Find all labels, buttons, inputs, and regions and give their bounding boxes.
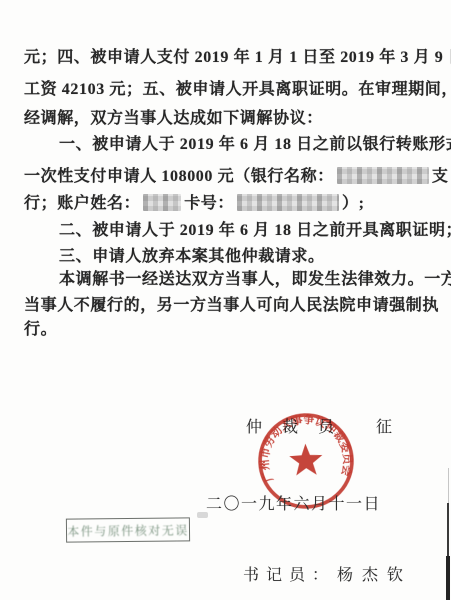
seal-star-icon <box>289 443 323 476</box>
scan-smudge <box>197 512 208 518</box>
closing-line-1: 本调解书一经送达双方当事人，即发生法律效力。一方 <box>59 266 451 289</box>
clause-1-line-2-text: 一次性支付申请人 108000 元（银行名称： <box>24 168 334 185</box>
verification-stamp-text: 本件与原件核对无误 <box>67 521 189 539</box>
scan-edge-artifact-bottom <box>446 556 450 600</box>
redacted-card-number <box>237 194 339 211</box>
scan-edge-artifact-dark <box>447 503 449 558</box>
decision-date: 二〇一九年六月十一日 <box>206 491 381 514</box>
clause-1-line-2-suffix: 支 <box>432 168 449 185</box>
clause-3-line: 三、申请人放弃本案其他仲裁请求。 <box>59 243 325 266</box>
clause-2-line: 二、被申请人于 2019 年 6 月 18 日之前开具离职证明； <box>59 217 451 240</box>
clause-1-line-3: 行；账户姓名：卡号：）; <box>24 190 365 213</box>
body-line-1: 元；四、被申请人支付 2019 年 1 月 1 日至 2019 年 3 月 9 … <box>24 44 451 67</box>
clerk-name: 杨杰钦 <box>337 567 412 584</box>
account-name-label: 行；账户姓名： <box>24 195 140 212</box>
closing-line-2: 当事人不履行的，另一方当事人可向人民法院申请强制执 <box>24 292 439 315</box>
verification-stamp: 本件与原件核对无误 <box>66 517 190 542</box>
redacted-bank-name <box>337 167 429 184</box>
closing-line-3: 行。 <box>24 316 57 339</box>
clause-1-line-1: 一、被申请人于 2019 年 6 月 18 日之前以银行转账形式 <box>59 131 451 154</box>
clause-1-line-3-suffix: ）; <box>342 195 365 212</box>
card-number-label: 卡号： <box>184 195 234 212</box>
arbitrator-name: 征 <box>376 414 392 437</box>
clerk-label: 书记员： <box>243 567 335 584</box>
clerk-row: 书记员：杨杰钦 <box>243 562 412 585</box>
redacted-account-name <box>143 194 181 211</box>
body-line-3: 经调解，双方当事人达成如下调解协议： <box>24 105 323 128</box>
clause-1-line-2: 一次性支付申请人 108000 元（银行名称：支 <box>24 163 448 186</box>
scan-edge-artifact-light <box>448 468 449 504</box>
body-line-2: 工资 42103 元；五、被申请人开具离职证明。在审理期间， <box>24 76 451 99</box>
scanned-document-page: 元；四、被申请人支付 2019 年 1 月 1 日至 2019 年 3 月 9 … <box>0 0 451 600</box>
